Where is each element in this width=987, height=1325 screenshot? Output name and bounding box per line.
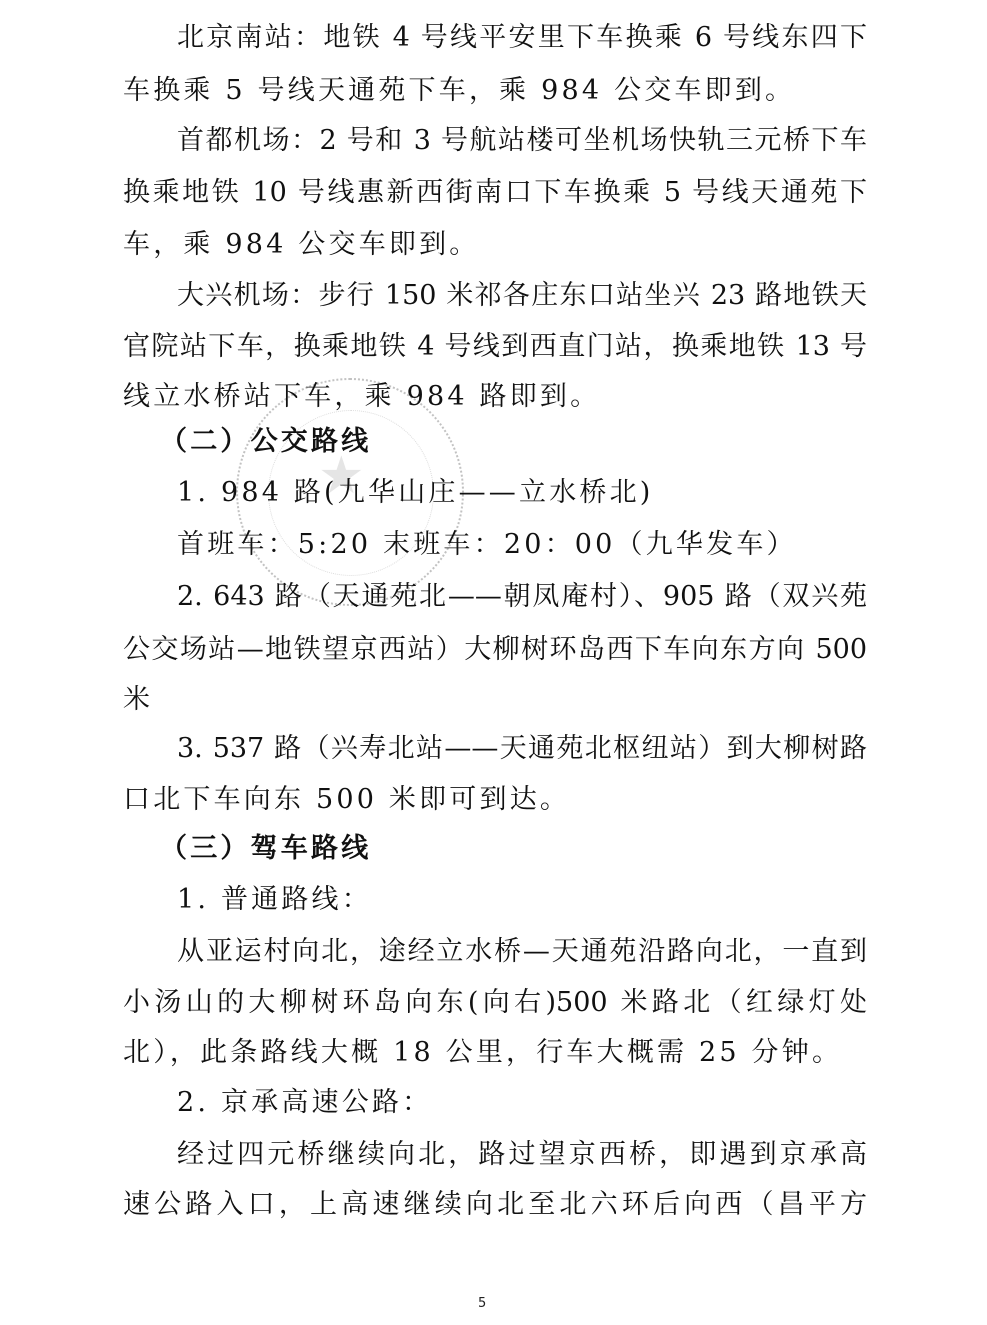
text-line: 米: [123, 683, 153, 717]
text-line: 大兴机场：步行 150 米祁各庄东口站坐兴 23 路地铁天: [177, 279, 867, 313]
text-line: 经过四元桥继续向北，路过望京西桥，即遇到京承高: [177, 1138, 867, 1172]
text-line: 北），此条路线大概 18 公里，行车大概需 25 分钟。: [123, 1036, 842, 1070]
text-line: 从亚运村向北，途经立水桥—天通苑沿路向北，一直到: [177, 935, 867, 969]
text-line: 车换乘 5 号线天通苑下车，乘 984 公交车即到。: [123, 74, 795, 108]
text-line: 线立水桥站下车，乘 984 路即到。: [123, 380, 600, 414]
text-line: 口北下车向东 500 米即可到达。: [123, 783, 570, 817]
page-number: 5: [478, 1296, 486, 1312]
document-page: ★ 北京南站：地铁 4 号线平安里下车换乘 6 号线东四下 车换乘 5 号线天通…: [0, 0, 987, 1325]
text-line: 小汤山的大柳树环岛向东(向右)500 米路北（红绿灯处: [123, 986, 867, 1020]
text-line: 北京南站：地铁 4 号线平安里下车换乘 6 号线东四下: [177, 21, 867, 55]
text-line: 1. 普通路线：: [177, 883, 372, 917]
text-line: 首都机场：2 号和 3 号航站楼可坐机场快轨三元桥下车: [177, 124, 867, 158]
text-line: 首班车：5:20 末班车：20：00（九华发车）: [177, 528, 797, 562]
text-line: 3. 537 路（兴寿北站——天通苑北枢纽站）到大柳树路: [177, 732, 867, 766]
section-heading-driving-routes: （三）驾车路线: [160, 832, 371, 866]
text-line: 换乘地铁 10 号线惠新西街南口下车换乘 5 号线天通苑下: [123, 176, 867, 210]
text-line: 车，乘 984 公交车即到。: [123, 228, 480, 262]
text-line: 公交场站—地铁望京西站）大柳树环岛西下车向东方向 500: [123, 633, 867, 667]
text-line: 官院站下车，换乘地铁 4 号线到西直门站，换乘地铁 13 号: [123, 330, 867, 364]
text-line: 速公路入口，上高速继续向北至北六环后向西（昌平方: [123, 1188, 867, 1222]
section-heading-bus-routes: （二）公交路线: [160, 425, 371, 459]
text-line: 2. 京承高速公路：: [177, 1086, 432, 1120]
text-line: 1. 984 路(九华山庄——立水桥北): [177, 476, 654, 510]
text-line: 2. 643 路（天通苑北——朝凤庵村）、905 路（双兴苑: [177, 580, 867, 614]
